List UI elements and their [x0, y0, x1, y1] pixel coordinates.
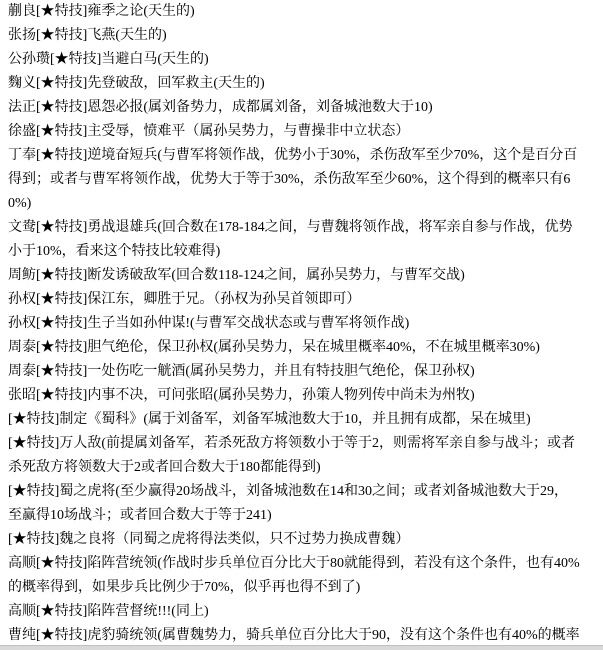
skill-line-text: [★特技]蜀之虎将(至少赢得20场战斗，刘备城池数在14和30之间；或者刘备城池… [8, 480, 603, 504]
skill-line-text: 蒯良[★特技]雍季之论(天生的) [8, 0, 603, 24]
skill-line-text: 张扬[★特技]飞燕(天生的) [8, 24, 603, 48]
skill-line-text: 得到；或者与曹军将领作战，优势大于等于30%，杀伤敌军至少60%，这个得到的概率… [8, 168, 603, 192]
skill-line-text: 0%) [8, 192, 603, 216]
skill-line-text: 小于10%，看来这个特技比较难得) [8, 240, 603, 264]
skill-line-text: 高顺[★特技]陷阵营统领(作战时步兵单位百分比大于80就能得到，若没有这个条件，… [8, 552, 603, 576]
skill-line-text: 孙权[★特技]生子当如孙仲谋!(与曹军交战状态或与曹军将领作战) [8, 312, 603, 336]
skill-line-text: 高顺[★特技]陷阵营督统!!!(同上) [8, 600, 603, 624]
skill-guide-document: 蒯良[★特技]雍季之论(天生的)张扬[★特技]飞燕(天生的)公孙瓒[★特技]当避… [0, 0, 603, 650]
skill-line-text: [★特技]制定《蜀科》(属于刘备军，刘备军城池数大于10，并且拥有成都，呆在城里… [8, 408, 603, 432]
skill-line-text: 徐盛[★特技]主受辱，愤难平（属孙吴势力，与曹操非中立状态） [8, 120, 603, 144]
skill-entry: 孙权[★特技]保江东，卿胜于兄。（孙权为孙吴首领即可） [8, 288, 603, 312]
skill-line-text: 杀死敌方将领数大于2或者回合数大于180都能得到) [8, 456, 603, 480]
skill-line-text: 法正[★特技]恩怨必报(属刘备势力，成都属刘备，刘备城池数大于10) [8, 96, 603, 120]
bottom-divider [0, 645, 603, 650]
skill-line-text: 周泰[★特技]一处伤吃一觥酒(属孙吴势力，并且有特技胆气绝伦，保卫孙权) [8, 360, 603, 384]
skill-line-text: 的概率得到，如果步兵比例少于70%，似乎再也得不到了) [8, 576, 603, 600]
skill-line-text: 公孙瓒[★特技]当避白马(天生的) [8, 48, 603, 72]
skill-entry: [★特技]万人敌(前提属刘备军，若杀死敌方将领数小于等于2，则需将军亲自参与战斗… [8, 432, 603, 480]
skill-entry: 张扬[★特技]飞燕(天生的) [8, 24, 603, 48]
skill-entry: 高顺[★特技]陷阵营统领(作战时步兵单位百分比大于80就能得到，若没有这个条件，… [8, 552, 603, 600]
skill-entry: 孙权[★特技]生子当如孙仲谋!(与曹军交战状态或与曹军将领作战) [8, 312, 603, 336]
skill-list: 蒯良[★特技]雍季之论(天生的)张扬[★特技]飞燕(天生的)公孙瓒[★特技]当避… [0, 0, 603, 648]
skill-entry: [★特技]蜀之虎将(至少赢得20场战斗，刘备城池数在14和30之间；或者刘备城池… [8, 480, 603, 528]
skill-entry: [★特技]制定《蜀科》(属于刘备军，刘备军城池数大于10，并且拥有成都，呆在城里… [8, 408, 603, 432]
skill-entry: 周泰[★特技]一处伤吃一觥酒(属孙吴势力，并且有特技胆气绝伦，保卫孙权) [8, 360, 603, 384]
skill-line-text: 孙权[★特技]保江东，卿胜于兄。（孙权为孙吴首领即可） [8, 288, 603, 312]
skill-line-text: [★特技]魏之良将（同蜀之虎将得法类似，只不过势力换成曹魏） [8, 528, 603, 552]
skill-entry: 文鸯[★特技]勇战退雄兵(回合数在178-184之间，与曹魏将领作战，将军亲自参… [8, 216, 603, 264]
skill-entry: 法正[★特技]恩怨必报(属刘备势力，成都属刘备，刘备城池数大于10) [8, 96, 603, 120]
skill-line-text: 周泰[★特技]胆气绝伦，保卫孙权(属孙吴势力，呆在城里概率40%，不在城里概率3… [8, 336, 603, 360]
skill-line-text: 张昭[★特技]内事不决，可问张昭(属孙吴势力，孙策人物列传中尚未为州牧) [8, 384, 603, 408]
skill-line-text: 至赢得10场战斗；或者回合数大于等于241) [8, 504, 603, 528]
skill-entry: 张昭[★特技]内事不决，可问张昭(属孙吴势力，孙策人物列传中尚未为州牧) [8, 384, 603, 408]
skill-entry: [★特技]魏之良将（同蜀之虎将得法类似，只不过势力换成曹魏） [8, 528, 603, 552]
skill-line-text: 丁奉[★特技]逆境奋短兵(与曹军将领作战，优势小于30%，杀伤敌军至少70%，这… [8, 144, 603, 168]
skill-entry: 麴义[★特技]先登破敌，回军救主(天生的) [8, 72, 603, 96]
skill-line-text: 文鸯[★特技]勇战退雄兵(回合数在178-184之间，与曹魏将领作战，将军亲自参… [8, 216, 603, 240]
skill-entry: 周鲂[★特技]断发诱破敌军(回合数118-124之间，属孙吴势力，与曹军交战) [8, 264, 603, 288]
skill-entry: 蒯良[★特技]雍季之论(天生的) [8, 0, 603, 24]
skill-entry: 徐盛[★特技]主受辱，愤难平（属孙吴势力，与曹操非中立状态） [8, 120, 603, 144]
skill-entry: 丁奉[★特技]逆境奋短兵(与曹军将领作战，优势小于30%，杀伤敌军至少70%，这… [8, 144, 603, 216]
skill-entry: 高顺[★特技]陷阵营督统!!!(同上) [8, 600, 603, 624]
skill-entry: 周泰[★特技]胆气绝伦，保卫孙权(属孙吴势力，呆在城里概率40%，不在城里概率3… [8, 336, 603, 360]
skill-line-text: 麴义[★特技]先登破敌，回军救主(天生的) [8, 72, 603, 96]
skill-entry: 公孙瓒[★特技]当避白马(天生的) [8, 48, 603, 72]
skill-line-text: 周鲂[★特技]断发诱破敌军(回合数118-124之间，属孙吴势力，与曹军交战) [8, 264, 603, 288]
skill-line-text: [★特技]万人敌(前提属刘备军，若杀死敌方将领数小于等于2，则需将军亲自参与战斗… [8, 432, 603, 456]
